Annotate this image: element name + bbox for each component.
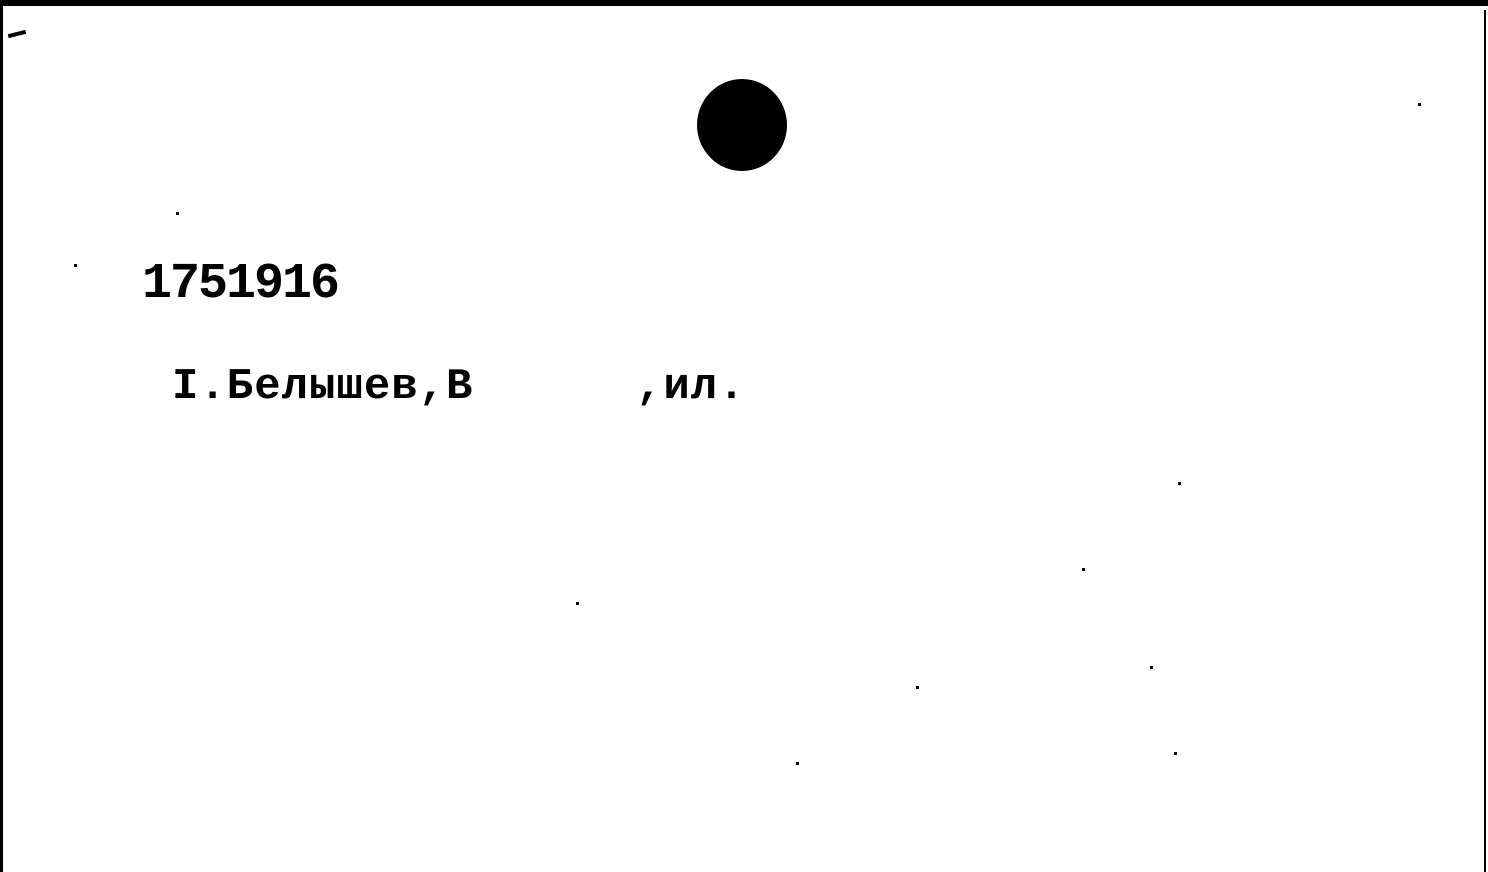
- scan-speck: [1150, 666, 1153, 669]
- scan-edge-left: [0, 0, 3, 872]
- scan-speck: [1418, 103, 1421, 106]
- scan-speck: [576, 602, 579, 605]
- scan-speck: [74, 264, 77, 267]
- scan-speck: [1082, 568, 1085, 571]
- scan-speck: [796, 762, 799, 765]
- entry-suffix: ,ил.: [636, 362, 746, 412]
- call-number: 1751916: [142, 256, 338, 313]
- catalog-card: 1751916 I.Белышев,В ,ил.: [0, 0, 1488, 872]
- scan-speck: [176, 212, 179, 215]
- scan-speck: [916, 686, 919, 689]
- scan-speck: [1174, 752, 1177, 755]
- scan-edge-right: [1484, 10, 1486, 872]
- scan-mark: [8, 30, 26, 38]
- punch-hole-icon: [697, 79, 787, 171]
- entry-author: I.Белышев,В: [172, 362, 473, 412]
- scan-speck: [1178, 482, 1181, 485]
- scan-edge-top: [0, 0, 1488, 6]
